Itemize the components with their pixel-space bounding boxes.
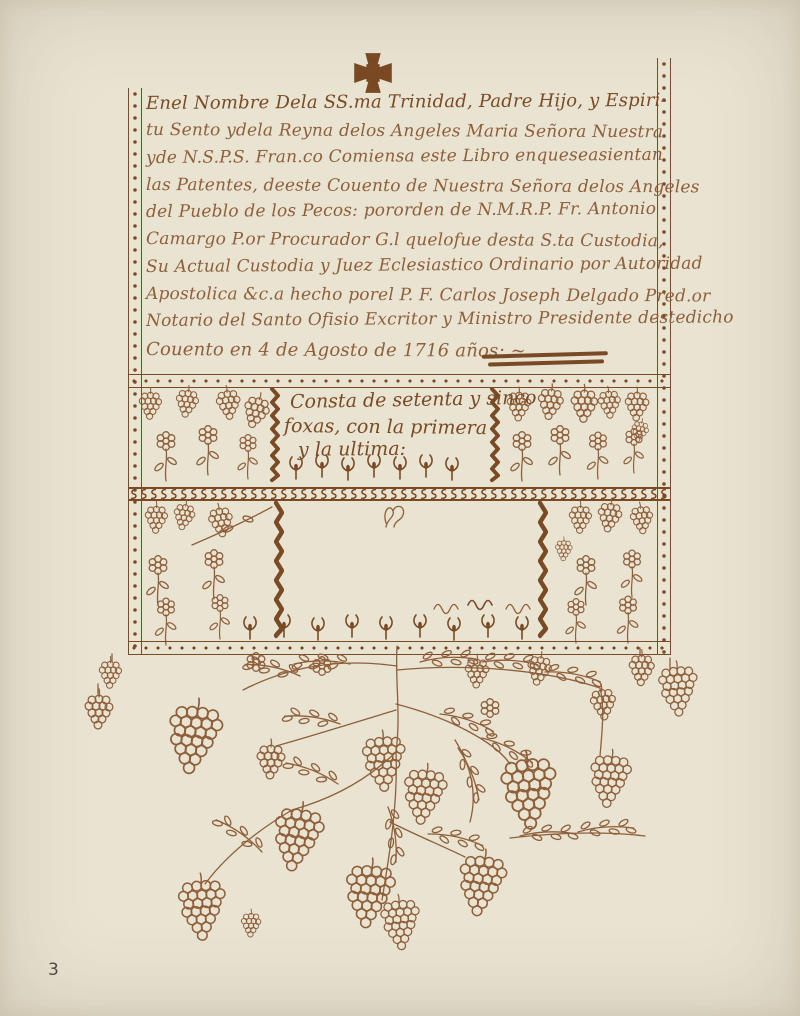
grape-cluster-ornament — [165, 696, 225, 777]
curl-ornament — [385, 506, 404, 527]
grape-cluster-ornament — [206, 501, 235, 539]
grape-cluster-ornament — [269, 798, 327, 874]
flower-rosette-ornament — [620, 550, 643, 597]
flower-rosette-ornament — [154, 598, 177, 645]
flower-rosette-ornament — [154, 432, 178, 481]
grapevine-ornament — [0, 652, 800, 970]
grape-cluster-ornament — [629, 500, 655, 535]
grape-cluster-ornament — [625, 387, 649, 421]
flower-rosette-ornament — [202, 550, 226, 599]
flower-rosette-ornament — [565, 599, 586, 643]
flower-rosette-ornament — [510, 432, 534, 481]
grape-cluster-ornament — [569, 501, 591, 533]
manuscript-line: del Pueblo de los Pecos: pororden de N.M… — [146, 196, 662, 226]
vine-branches — [98, 646, 670, 900]
flower-rosette-ornament — [209, 595, 230, 639]
flower-rosette-ornament — [586, 432, 609, 479]
cartouche-text: Consta de setenta y sinco foxas, con la … — [290, 390, 500, 462]
flower-rosette-ornament — [196, 426, 220, 475]
flower-rosette-ornament — [247, 653, 265, 672]
grape-cluster-ornament — [240, 390, 273, 431]
flower-rosette-ornament — [623, 429, 644, 473]
grape-cluster-ornament — [456, 847, 509, 918]
lower-frame-ornaments — [128, 501, 669, 643]
grape-cluster-ornament — [499, 748, 561, 832]
squiggle-ornament — [434, 601, 530, 614]
flower-rosette-ornament — [548, 426, 572, 475]
manuscript-line: Su Actual Custodia y Juez Eclesiastico O… — [146, 251, 662, 281]
manuscript-line: Notario del Santo Ofisio Excritor y Mini… — [146, 305, 662, 335]
manuscript-text-block: Enel Nombre Dela SS.ma Trinidad, Padre H… — [146, 90, 662, 363]
grape-cluster-ornament — [596, 497, 623, 533]
grape-cluster-ornament — [139, 387, 161, 419]
grape-cluster-ornament — [571, 384, 597, 422]
flower-rosette-ornament — [237, 435, 258, 479]
cartouche-line: y la ultima: — [298, 436, 508, 462]
grape-cluster-ornament — [629, 650, 654, 686]
grape-cluster-ornament — [537, 383, 565, 421]
grape-cluster-ornament — [85, 689, 113, 729]
flower-rosette-ornament — [574, 556, 598, 605]
grape-cluster-ornament — [401, 762, 449, 827]
grape-cluster-ornament — [555, 537, 572, 561]
manuscript-line: Enel Nombre Dela SS.ma Trinidad, Padre H… — [146, 87, 662, 117]
grape-cluster-ornament — [241, 909, 260, 937]
signature-flourish — [482, 351, 608, 371]
grape-cluster-ornament — [588, 748, 632, 809]
grape-cluster-ornament — [177, 872, 228, 942]
tulip-sprout-row — [244, 615, 528, 640]
s-scroll-band — [128, 487, 671, 501]
flower-rosette-ornament — [616, 596, 639, 643]
grape-cluster-ornament — [344, 856, 397, 929]
document-page: Enel Nombre Dela SS.ma Trinidad, Padre H… — [0, 0, 800, 1016]
flower-rosette-ornament — [481, 699, 499, 718]
grape-cluster-ornament — [657, 659, 700, 717]
page-number: 3 — [48, 960, 59, 980]
grape-cluster-ornament — [172, 499, 197, 532]
zigzag-border — [272, 389, 278, 480]
manuscript-line: yde N.S.P.S. Fran.co Comiensa este Libro… — [146, 141, 662, 171]
grape-cluster-ornament — [361, 729, 408, 793]
grape-cluster-ornament — [214, 384, 242, 421]
grape-cluster-ornament — [145, 501, 167, 533]
dotted-band — [128, 374, 671, 388]
grape-cluster-ornament — [175, 384, 200, 418]
cartouche-line: Consta de setenta y sinco — [290, 386, 500, 414]
grape-cluster-ornament — [597, 385, 622, 419]
grape-cluster-ornament — [99, 656, 121, 688]
zigzag-border — [540, 503, 546, 635]
